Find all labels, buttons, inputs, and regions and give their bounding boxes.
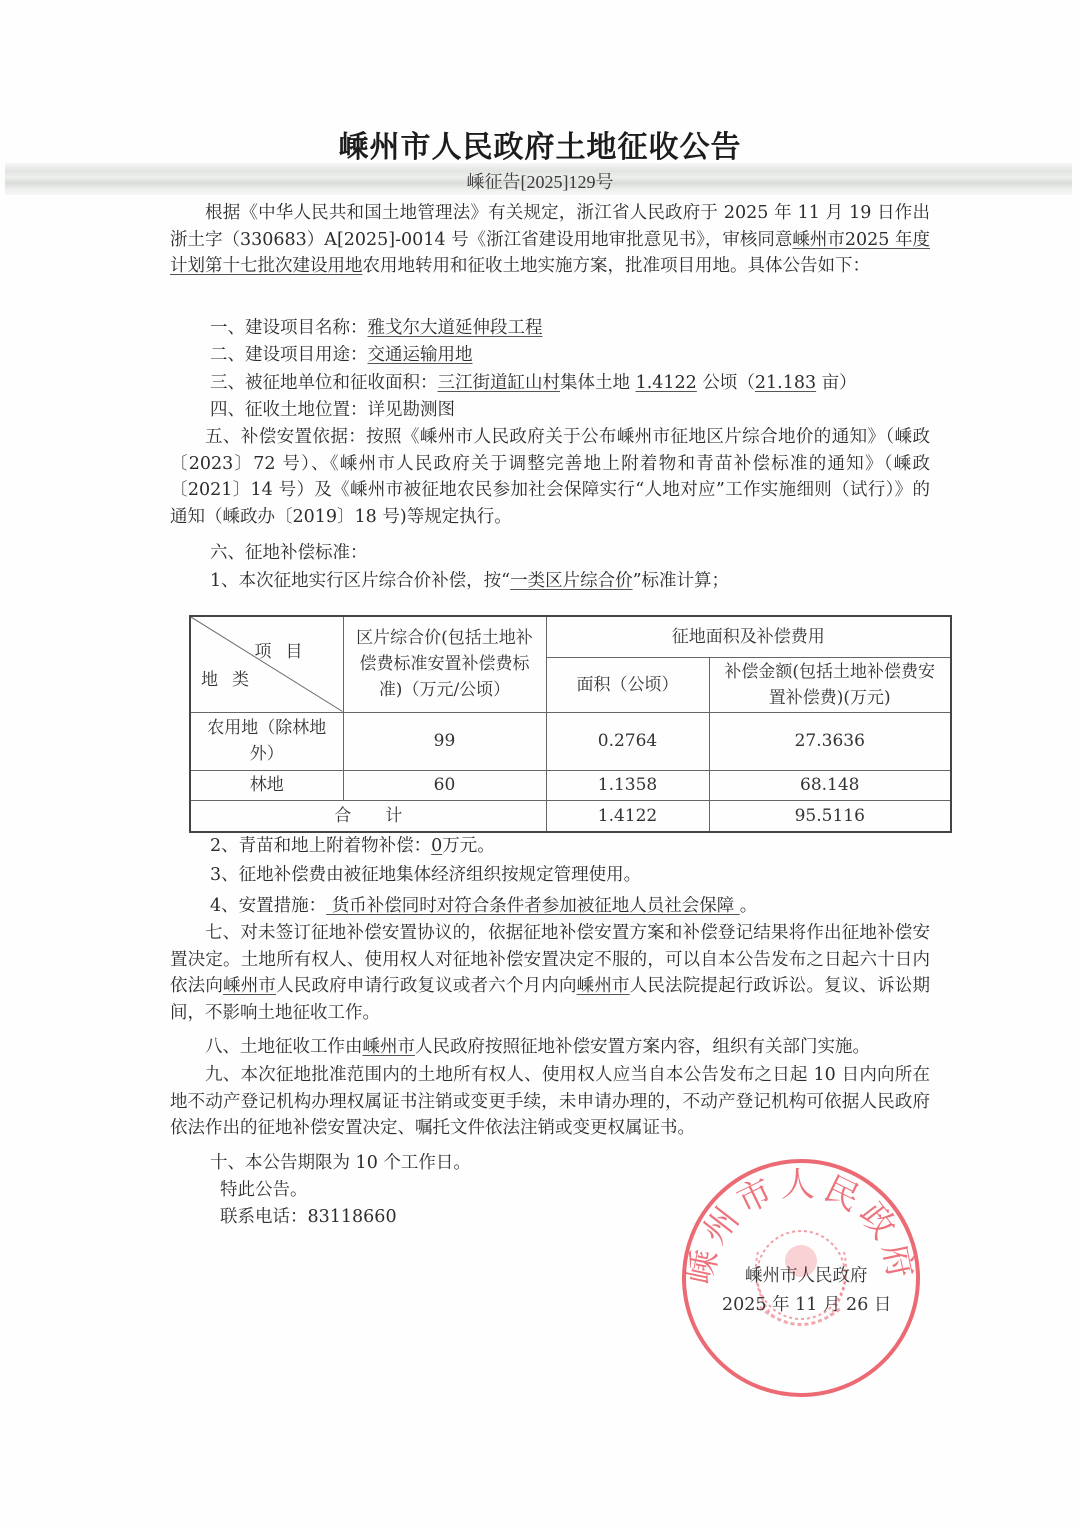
- document-title: 嵊州市人民政府土地征收公告: [0, 122, 1080, 166]
- item-crop-compensation: 2、青苗和地上附着物补偿：0万元。: [210, 832, 495, 857]
- item-compensation-standard-sub1: 1、本次征地实行区片综合价补偿，按“一类区片综合价”标准计算；: [210, 567, 729, 592]
- signing-date: 2025 年 11 月 26 日: [722, 1291, 891, 1316]
- item-land-unit-area: 三、被征地单位和征收面积：三江街道缸山村集体土地 1.4122 公顷（21.18…: [210, 369, 857, 394]
- reference-number: 嵊征告[2025]129号: [0, 168, 1080, 194]
- crop-compensation-value: 0: [431, 836, 442, 856]
- table-row: 林地 60 1.1358 68.148: [190, 770, 951, 800]
- land-type-cell: 农用地（除林地外）: [190, 712, 343, 770]
- item-fee-management: 3、征地补偿费由被征地集体经济组织按规定管理使用。: [210, 861, 641, 886]
- item-appeal-rights: 七、对未签订征地补偿安置协议的，依据征地补偿安置方案和补偿登记结果将作出征地补偿…: [170, 920, 930, 1026]
- compensation-table: 项目 地类 区片综合价(包括土地补偿费标准安置补偿费标准)（万元/公顷） 征地面…: [189, 615, 952, 833]
- project-use-value: 交通运输用地: [368, 345, 473, 365]
- item-implementation: 八、土地征收工作由嵊州市人民政府按照征地补偿安置方案内容，组织有关部门实施。: [170, 1034, 930, 1061]
- zone-price-class: 一类区片综合价: [510, 571, 633, 591]
- table-total-row: 合 计 1.4122 95.5116: [190, 800, 951, 832]
- price-cell: 60: [343, 770, 546, 800]
- area-mu-value: 21.183: [755, 373, 816, 393]
- contact-phone: 83118660: [308, 1207, 397, 1227]
- total-area-cell: 1.4122: [546, 800, 709, 832]
- signing-organization: 嵊州市人民政府: [745, 1262, 868, 1287]
- total-label-cell: 合 计: [190, 800, 546, 832]
- resettlement-measures-value: 货币补偿同时对符合条件者参加被征地人员社会保障: [326, 896, 740, 916]
- item-project-use: 二、建设项目用途：交通运输用地: [210, 341, 473, 366]
- item-resettlement-measures: 4、安置措施： 货币补偿同时对符合条件者参加被征地人员社会保障 。: [210, 892, 757, 917]
- item-land-location: 四、征收土地位置：详见勘测图: [210, 396, 455, 421]
- area-cell: 0.2764: [546, 712, 709, 770]
- area-ha-value: 1.4122: [636, 373, 697, 393]
- header-amount: 补偿金额(包括土地补偿费安置补偿费)(万元): [709, 657, 951, 712]
- land-type-cell: 林地: [190, 770, 343, 800]
- intro-paragraph: 根据《中华人民共和国土地管理法》有关规定，浙江省人民政府于 2025 年 11 …: [170, 200, 930, 280]
- item-compensation-standard-heading: 六、征地补偿标准：: [210, 539, 368, 564]
- amount-cell: 27.3636: [709, 712, 951, 770]
- header-area-compensation-group: 征地面积及补偿费用: [546, 616, 951, 657]
- header-area: 面积（公顷）: [546, 657, 709, 712]
- area-cell: 1.1358: [546, 770, 709, 800]
- contact-line: 联系电话：83118660: [220, 1203, 397, 1228]
- item-compensation-basis: 五、补偿安置依据：按照《嵊州市人民政府关于公布嵊州市征地区片综合地价的通知》（嵊…: [170, 424, 930, 530]
- item-notice-period: 十、本公告期限为 10 个工作日。: [210, 1149, 471, 1174]
- header-zone-price: 区片综合价(包括土地补偿费标准安置补偿费标准)（万元/公顷）: [343, 616, 546, 712]
- total-amount-cell: 95.5116: [709, 800, 951, 832]
- amount-cell: 68.148: [709, 770, 951, 800]
- table-diagonal-header: 项目 地类: [190, 616, 343, 712]
- item-certificate-cancellation: 九、本次征地批准范围内的土地所有权人、使用权人应当自本公告发布之日起 10 日内…: [170, 1062, 930, 1142]
- item-project-name: 一、建设项目名称：雅戈尔大道延伸段工程: [210, 314, 543, 339]
- document-page: 嵊州市人民政府土地征收公告 嵊征告[2025]129号 根据《中华人民共和国土地…: [0, 0, 1080, 1527]
- closing-text: 特此公告。: [220, 1176, 308, 1201]
- table-row: 农用地（除林地外） 99 0.2764 27.3636: [190, 712, 951, 770]
- project-name-value: 雅戈尔大道延伸段工程: [368, 318, 543, 338]
- land-unit-value: 三江街道缸山村: [438, 373, 561, 393]
- price-cell: 99: [343, 712, 546, 770]
